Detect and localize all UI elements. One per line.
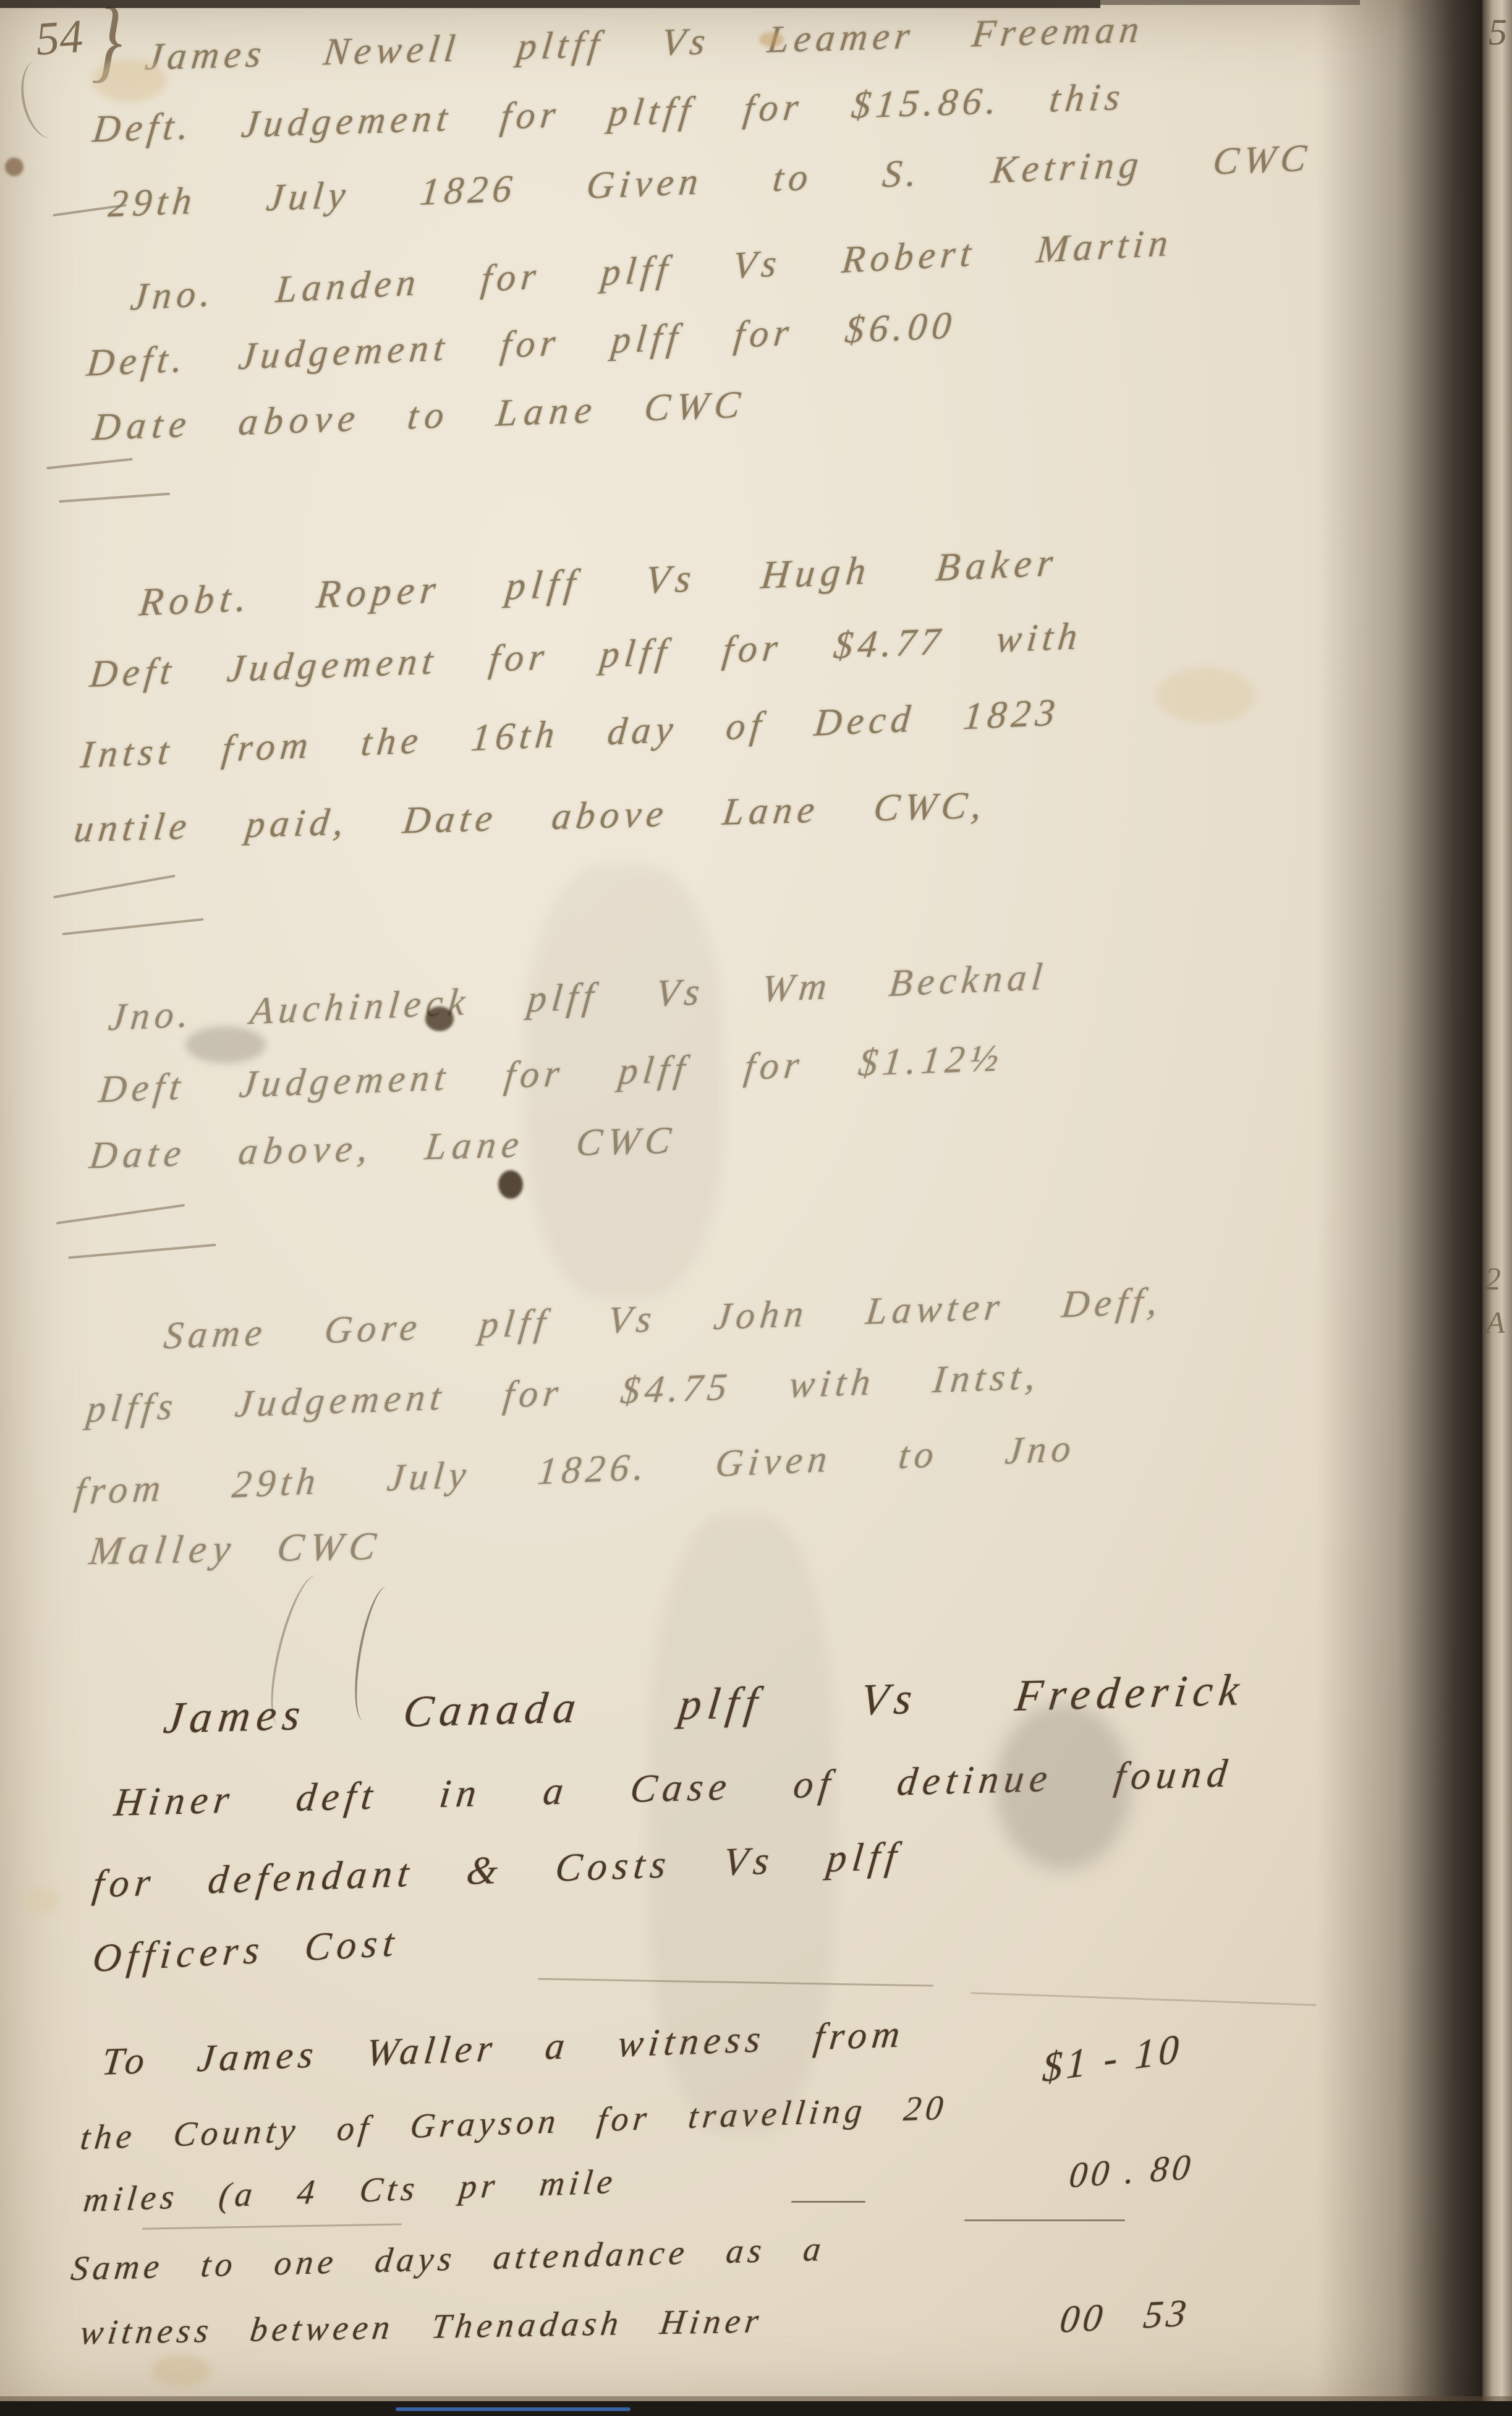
ruled-line <box>142 2223 402 2229</box>
entry-line: plffs Judgement for $4.75 with Intst, <box>85 1355 1043 1432</box>
entry-line: Deft Judgement for plff for $4.77 with <box>88 615 1084 697</box>
entry-line: witness between Thenadash Hiner <box>78 2301 765 2352</box>
entry-line: Deft. Judgement for pltff for $15.86. th… <box>91 75 1128 152</box>
ruled-line <box>970 1992 1317 2006</box>
scan-edge-bottom <box>0 2401 1512 2416</box>
ink-blot <box>425 1006 454 1031</box>
paper-stain <box>93 59 167 102</box>
amount-value: 00 53 <box>1058 2291 1192 2342</box>
entry-line: the County of Grayson for travelling 20 <box>79 2088 949 2158</box>
separator-dash <box>62 918 203 935</box>
separator-dash <box>56 1204 185 1224</box>
entry-line: Intst from the 16th day of Decd 1823 <box>79 691 1061 778</box>
entry-line: from 29th July 1826. Given to Jno <box>72 1426 1077 1514</box>
separator-dash <box>53 875 176 899</box>
entry-line: Jno. Landen for plff Vs Robert Martin <box>129 221 1174 320</box>
next-page-mark: A <box>1486 1304 1505 1340</box>
paper-stain <box>1156 668 1255 723</box>
ink-spot <box>498 1170 523 1199</box>
entry-line: Date above to Lane CWC <box>91 383 749 449</box>
entry-line: Malley CWC <box>87 1523 384 1574</box>
entry-line: Deft. Judgement for plff for $6.00 <box>85 304 958 386</box>
paper-stain <box>151 2355 210 2386</box>
separator-dash <box>68 1244 216 1259</box>
scan-edge-top <box>0 0 1100 8</box>
ink-spot <box>5 158 23 176</box>
next-page-mark: 5 <box>1489 11 1507 54</box>
entry-line: untile paid, Date above Lane CWC, <box>72 784 988 852</box>
entry-line: Robt. Roper plff Vs Hugh Baker <box>137 539 1060 625</box>
separator-dash <box>59 493 170 503</box>
ruled-line <box>964 2219 1125 2221</box>
margin-flourish <box>14 55 75 143</box>
next-page-mark: 2 <box>1485 1261 1501 1298</box>
amount-value: $1 - 10 <box>1042 2025 1183 2093</box>
smudge <box>185 1026 266 1063</box>
scan-artifact-blue-line <box>396 2407 631 2411</box>
separator-dash <box>46 458 133 470</box>
entry-line: Officers Cost <box>91 1920 401 1981</box>
bleedthrough <box>649 1515 835 2133</box>
foxing-spot <box>759 32 784 47</box>
bleedthrough <box>525 866 723 1298</box>
entry-line: James Newell pltff Vs Leamer Freeman <box>143 7 1146 79</box>
next-page-edge <box>1482 0 1512 2416</box>
ledger-page: 54 } James Newell pltff Vs Leamer Freema… <box>0 0 1512 2416</box>
book-gutter-shadow <box>1317 0 1484 2416</box>
entry-line: Same to one days attendance as a <box>69 2229 828 2289</box>
amount-value: 00 . 80 <box>1068 2146 1196 2197</box>
entry-line: miles (a 4 Cts pr mile <box>82 2162 619 2220</box>
ruled-line <box>791 2201 865 2203</box>
paper-stain <box>22 1889 59 1913</box>
scan-edge-top <box>1051 0 1360 5</box>
pencil-smudge <box>995 1703 1131 1870</box>
entry-line: 29th July 1826 Given to S. Ketring CWC <box>106 136 1313 226</box>
